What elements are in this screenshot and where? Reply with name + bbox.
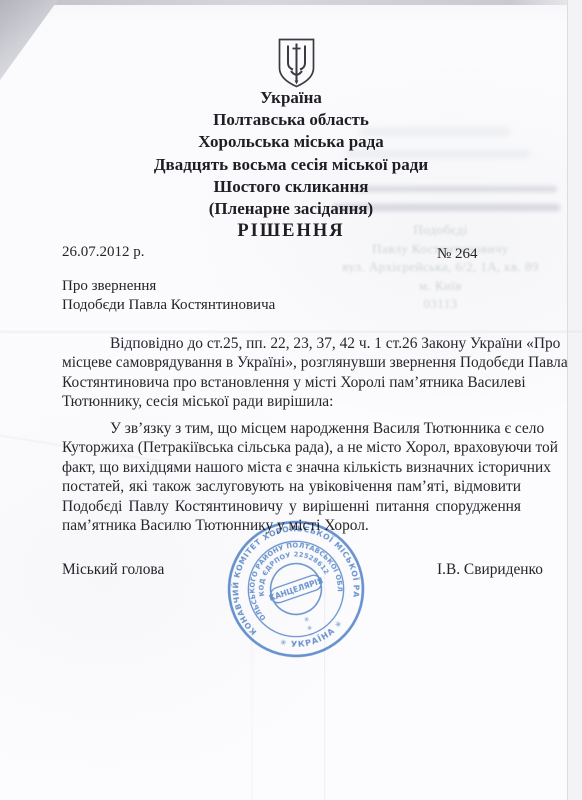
body-line: Відповідно до ст.25, пп. 22, 23, 37, 42 … (62, 334, 521, 353)
body-line: постатей, які також заслуговують на увік… (62, 477, 521, 496)
body-line: Куторжиха (Петракіївська сільська рада),… (62, 438, 521, 457)
body-line: Костянтиновича про встановлення у місті … (62, 373, 521, 392)
bleed-line: м. Київ (318, 277, 563, 296)
body-line: місцеве самоврядування в Україні», розгл… (62, 353, 521, 372)
scanned-document: Подобєді Павлу Костянтиновичу вул. Архіє… (0, 0, 582, 800)
subject-line: Про звернення (62, 277, 275, 296)
resolution-title: РІШЕННЯ (0, 220, 582, 242)
header-line-plenary: (Пленарне засідання) (0, 198, 582, 220)
body-line: Тютюннику, сесія міської ради вирішила: (62, 392, 521, 411)
document-date: 26.07.2012 р. (62, 244, 145, 261)
subject-block: Про звернення Подобєди Павла Костянтинов… (62, 277, 275, 315)
subject-line: Подобєди Павла Костянтиновича (62, 296, 275, 315)
bleed-line: 03113 (318, 295, 563, 314)
header-line-region: Полтавська область (0, 109, 582, 131)
coat-of-arms-tryzub-icon (276, 37, 317, 89)
body-line: Подобєді Павлу Костянтиновичу у вирішенн… (62, 497, 521, 516)
stamp-center-label: КАНЦЕЛЯРІЯ (268, 576, 324, 603)
paper-top-edge (0, 0, 568, 5)
folded-corner (0, 0, 58, 80)
body-line: факт, що вихідцями нашого міста є значна… (62, 458, 521, 477)
body-line: У зв’язку з тим, що місцем народження Ва… (62, 419, 521, 438)
asterisk-mark-icon: ✳ (303, 615, 311, 625)
signature-name: І.В. Свириденко (437, 561, 543, 579)
signature-title: Міський голова (62, 561, 164, 579)
body-paragraph-1: Відповідно до ст.25, пп. 22, 23, 37, 42 … (62, 334, 521, 412)
document-header: Україна Полтавська область Хорольська мі… (0, 87, 582, 242)
header-line-council: Хорольська міська рада (0, 131, 582, 153)
header-line-country: Україна (0, 87, 582, 109)
header-line-session: Двадцять восьма сесія міської ради (0, 154, 582, 176)
document-number: № 264 (437, 246, 478, 263)
asterisk-mark-icon: ✳ (306, 624, 314, 634)
header-line-convocation: Шостого скликання (0, 176, 582, 198)
